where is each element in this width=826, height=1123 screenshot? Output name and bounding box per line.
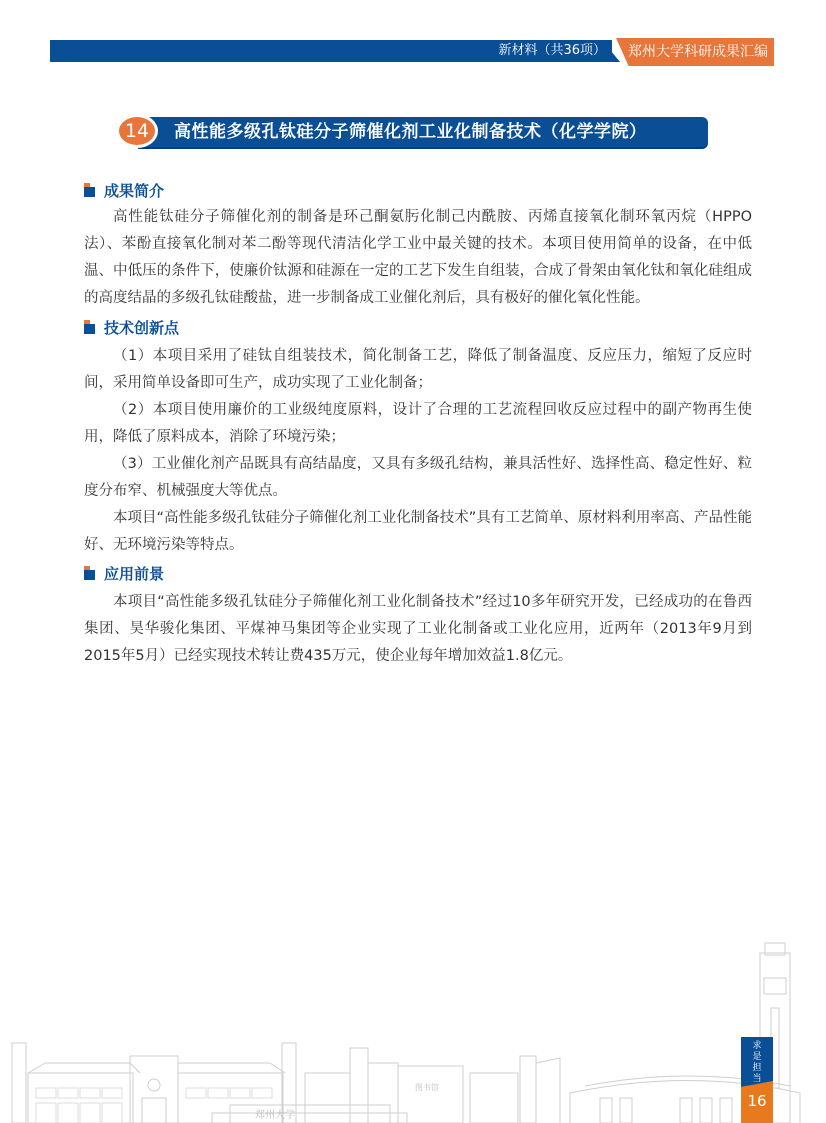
section-heading-summary: 成果简介 xyxy=(84,176,752,204)
section-heading-label: 成果简介 xyxy=(104,180,164,201)
project-title-banner: 高性能多级孔钛硅分子筛催化剂工业化制备技术（化学学院） 14 xyxy=(116,115,708,149)
project-title: 高性能多级孔钛硅分子筛催化剂工业化制备技术（化学学院） xyxy=(138,117,708,147)
section-marker-icon xyxy=(84,566,95,580)
header-category: 新材料（共36项） xyxy=(498,40,606,62)
innovation-point-1: （1）本项目采用了硅钛自组装技术，简化制备工艺，降低了制备温度、反应压力，缩短了… xyxy=(84,343,752,397)
header-brand: 郑州大学科研成果汇编 xyxy=(616,38,774,66)
building-sign-text: 图书馆 xyxy=(415,1082,439,1092)
section-heading-label: 技术创新点 xyxy=(104,317,179,338)
project-number-badge: 14 xyxy=(116,114,158,148)
summary-paragraph: 高性能钛硅分子筛催化剂的制备是环己酮氨肟化制己内酰胺、丙烯直接氧化制环氧丙烷（H… xyxy=(84,204,752,312)
innovation-point-2: （2）本项目使用廉价的工业级纯度原料，设计了合理的工艺流程回收反应过程中的副产物… xyxy=(84,397,752,451)
innovation-point-3: （3）工业催化剂产品既具有高结晶度，又具有多级孔结构，兼具活性好、选择性高、稳定… xyxy=(84,451,752,505)
innovation-summary: 本项目“高性能多级孔钛硅分子筛催化剂工业化制备技术”具有工艺简单、原材料利用率高… xyxy=(84,505,752,559)
motto-label: 求是担当 xyxy=(741,1037,773,1087)
page-number: 16 xyxy=(741,1081,773,1123)
motto-text: 求是担当 xyxy=(752,1041,762,1085)
section-marker-icon xyxy=(84,183,95,197)
section-heading-label: 应用前景 xyxy=(104,563,164,584)
document-body: 成果简介 高性能钛硅分子筛催化剂的制备是环己酮氨肟化制己内酰胺、丙烯直接氧化制环… xyxy=(84,176,752,670)
campus-skyline-illustration: 郑州大学 图书馆 xyxy=(0,938,826,1123)
section-heading-innovation: 技术创新点 xyxy=(84,313,752,341)
prospects-paragraph: 本项目“高性能多级孔钛硅分子筛催化剂工业化制备技术”经过10多年研究开发，已经成… xyxy=(84,589,752,670)
section-marker-icon xyxy=(84,320,95,334)
page-tab: 求是担当 16 xyxy=(741,1037,773,1123)
section-heading-prospects: 应用前景 xyxy=(84,559,752,587)
campus-sign-text: 郑州大学 xyxy=(255,1108,295,1121)
